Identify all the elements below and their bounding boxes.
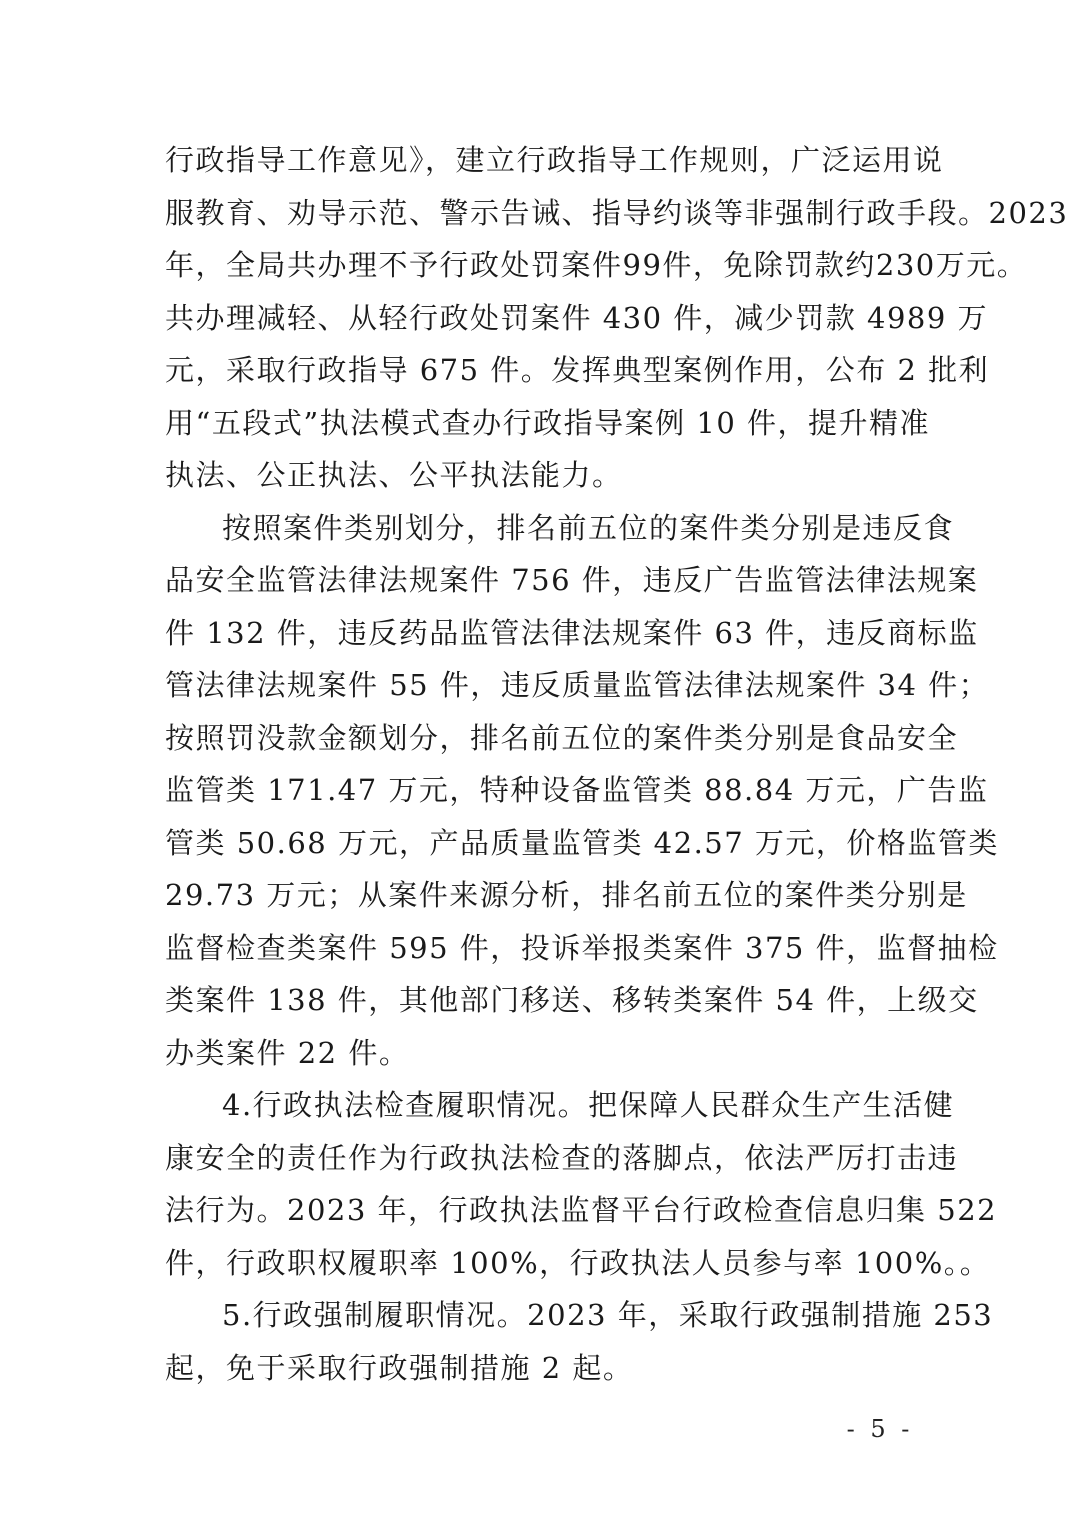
text-line: 法行为。2023 年，行政执法监督平台行政检查信息归集 522	[165, 1190, 915, 1230]
text-line: 起，免于采取行政强制措施 2 起。	[165, 1348, 915, 1388]
text-line: 元，采取行政指导 675 件。发挥典型案例作用，公布 2 批利	[165, 350, 915, 390]
text-line: 执法、公正执法、公平执法能力。	[165, 455, 915, 495]
text-line: 类案件 138 件，其他部门移送、移转类案件 54 件，上级交	[165, 980, 915, 1020]
text-line: 管类 50.68 万元，产品质量监管类 42.57 万元，价格监管类	[165, 823, 915, 863]
paragraph-start-line: 按照案件类别划分，排名前五位的案件类分别是违反食	[222, 508, 916, 548]
text-line: 监管类 171.47 万元，特种设备监管类 88.84 万元，广告监	[165, 770, 915, 810]
section-5-heading-line: 5.行政强制履职情况。2023 年，采取行政强制措施 253	[222, 1295, 916, 1335]
text-line: 件 132 件，违反药品监管法律法规案件 63 件，违反商标监	[165, 613, 915, 653]
text-line: 按照罚没款金额划分，排名前五位的案件类分别是食品安全	[165, 718, 915, 758]
text-line: 行政指导工作意见》，建立行政指导工作规则，广泛运用说	[165, 140, 915, 180]
text-line: 29.73 万元；从案件来源分析，排名前五位的案件类分别是	[165, 875, 915, 915]
text-line: 用“五段式”执法模式查办行政指导案例 10 件，提升精准	[165, 403, 915, 443]
page-number: - 5 -	[840, 1412, 920, 1446]
text-line: 件，行政职权履职率 100%，行政执法人员参与率 100%。。	[165, 1243, 915, 1283]
text-line: 共办理减轻、从轻行政处罚案件 430 件，减少罚款 4989 万	[165, 298, 915, 338]
document-page: 行政指导工作意见》，建立行政指导工作规则，广泛运用说 服教育、劝导示范、警示告诫…	[0, 0, 1074, 1520]
text-line: 管法律法规案件 55 件，违反质量监管法律法规案件 34 件；	[165, 665, 915, 705]
text-line: 品安全监管法律法规案件 756 件，违反广告监管法律法规案	[165, 560, 915, 600]
text-line: 年，全局共办理不予行政处罚案件99件，免除罚款约230万元。	[165, 245, 915, 285]
text-line: 康安全的责任作为行政执法检查的落脚点，依法严厉打击违	[165, 1138, 915, 1178]
text-line: 办类案件 22 件。	[165, 1033, 915, 1073]
text-line: 监督检查类案件 595 件，投诉举报类案件 375 件，监督抽检	[165, 928, 915, 968]
section-4-heading-line: 4.行政执法检查履职情况。把保障人民群众生产生活健	[222, 1085, 916, 1125]
text-line: 服教育、劝导示范、警示告诫、指导约谈等非强制行政手段。2023	[165, 193, 915, 233]
